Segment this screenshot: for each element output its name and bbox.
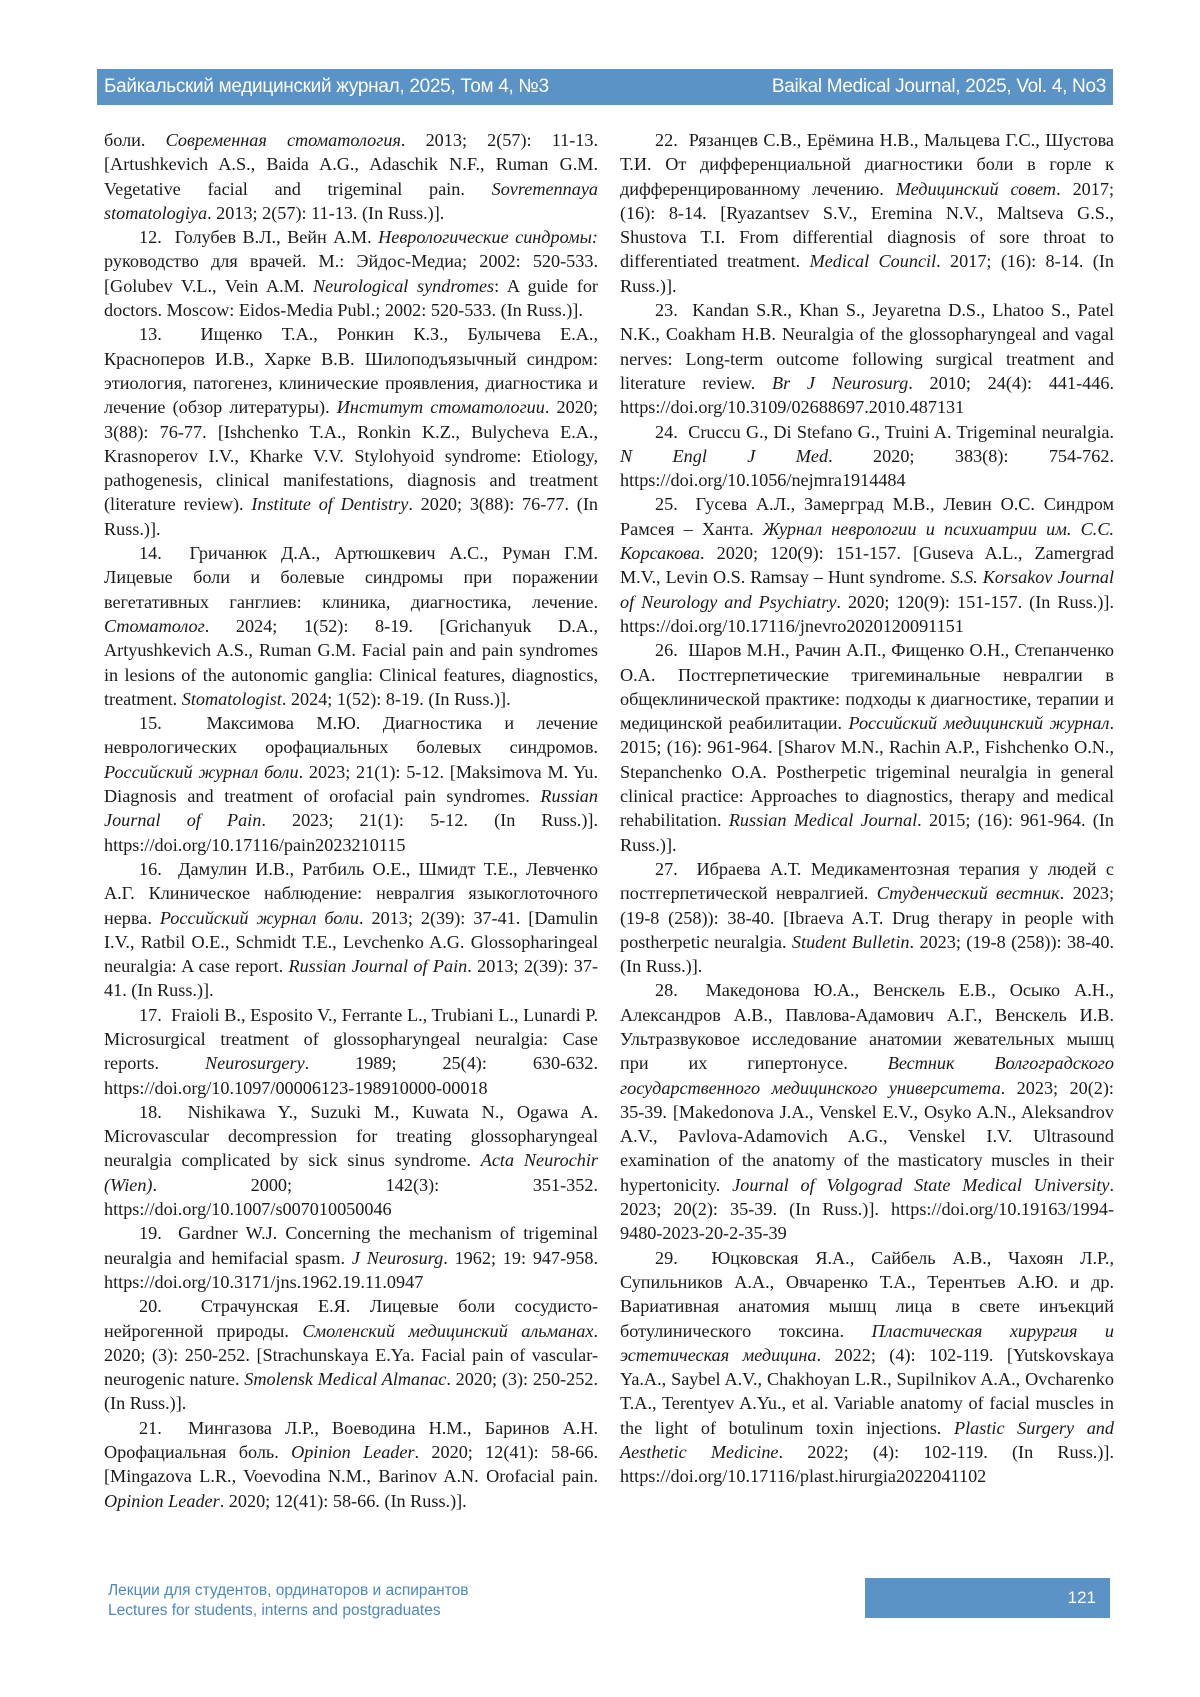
- reference-number: 17.: [139, 1005, 162, 1025]
- reference-journal-en: Journal of Volgograd State Medical Unive…: [732, 1175, 1109, 1195]
- header-title-en: Baikal Medical Journal, 2025, Vol. 4, No…: [772, 76, 1106, 98]
- reference-journal: Neurosurgery: [205, 1053, 305, 1073]
- reference-item: 19. Gardner W.J. Concerning the mechanis…: [104, 1221, 598, 1294]
- reference-tail: . 2013; 2(57): 11-13. (In Russ.)].: [207, 203, 444, 223]
- reference-number: 22.: [655, 130, 678, 150]
- reference-number: 23.: [655, 300, 678, 320]
- reference-number: 24.: [655, 422, 678, 442]
- references-column-left: боли. Современная стоматология. 2013; 2(…: [104, 128, 598, 1513]
- reference-item: 25. Гусева А.Л., Замерград М.В., Левин О…: [620, 492, 1114, 638]
- reference-authors-title: Голубев В.Л., Вейн А.М.: [175, 227, 378, 247]
- reference-journal-en: Smolensk Medical Almanac: [244, 1369, 446, 1389]
- reference-journal: Неврологические синдромы:: [378, 227, 598, 247]
- reference-number: 28.: [655, 980, 678, 1000]
- reference-journal-en: Medical Council: [810, 251, 937, 271]
- reference-journal: Br J Neurosurg: [772, 373, 908, 393]
- reference-details: . 2000; 142(3): 351-352. https://doi.org…: [104, 1175, 598, 1219]
- reference-number: 19.: [139, 1223, 162, 1243]
- header-title-ru: Байкальский медицинский журнал, 2025, То…: [104, 76, 549, 98]
- reference-item: 27. Ибраева А.Т. Медикаментозная терапия…: [620, 857, 1114, 978]
- reference-item: 18. Nishikawa Y., Suzuki M., Kuwata N., …: [104, 1100, 598, 1221]
- reference-journal: Институт стоматологии: [337, 397, 545, 417]
- reference-number: 27.: [655, 859, 678, 879]
- running-header: Байкальский медицинский журнал, 2025, То…: [97, 69, 1113, 105]
- reference-item: боли. Современная стоматология. 2013; 2(…: [104, 128, 598, 225]
- reference-number: 20.: [139, 1296, 162, 1316]
- reference-journal-en: Institute of Dentistry: [251, 494, 408, 514]
- reference-item: 20. Страчунская Е.Я. Лицевые боли сосуди…: [104, 1294, 598, 1415]
- reference-number: 21.: [139, 1418, 162, 1438]
- reference-number: 25.: [655, 494, 678, 514]
- reference-journal-en: Opinion Leader: [104, 1491, 220, 1511]
- reference-journal: N Engl J Med: [620, 446, 828, 466]
- reference-journal: Российский журнал боли: [104, 762, 299, 782]
- reference-number: 14.: [139, 543, 162, 563]
- reference-item: 16. Дамулин И.В., Ратбиль О.Е., Шмидт Т.…: [104, 857, 598, 1003]
- reference-number: 16.: [139, 859, 162, 879]
- reference-journal: Opinion Leader: [291, 1442, 414, 1462]
- reference-authors-title: Гричанюк Д.А., Артюшкевич А.С., Руман Г.…: [104, 543, 598, 612]
- reference-journal-en: Student Bulletin: [792, 932, 910, 952]
- reference-number: 29.: [655, 1248, 678, 1268]
- reference-authors-title: Cruccu G., Di Stefano G., Truini A. Trig…: [688, 422, 1114, 442]
- reference-item: 23. Kandan S.R., Khan S., Jeyaretna D.S.…: [620, 298, 1114, 419]
- reference-journal: Медицинский совет: [896, 179, 1056, 199]
- reference-authors-title: боли.: [104, 130, 166, 150]
- reference-item: 13. Ищенко Т.А., Ронкин К.З., Булычева Е…: [104, 322, 598, 541]
- reference-journal: J Neurosurg: [352, 1248, 443, 1268]
- reference-item: 21. Мингазова Л.Р., Воеводина Н.М., Бари…: [104, 1416, 598, 1513]
- reference-journal: Современная стоматология: [166, 130, 401, 150]
- reference-tail: . 2020; 12(41): 58-66. (In Russ.)].: [220, 1491, 467, 1511]
- reference-journal: Российский журнал боли: [160, 908, 359, 928]
- reference-item: 22. Рязанцев С.В., Ерёмина Н.В., Мальцев…: [620, 128, 1114, 298]
- reference-journal-en: Russian Journal of Pain: [289, 956, 468, 976]
- page-number-box: 121: [865, 1578, 1110, 1618]
- footer-section-ru: Лекции для студентов, ординаторов и аспи…: [108, 1581, 468, 1601]
- reference-number: 18.: [139, 1102, 162, 1122]
- reference-number: 26.: [655, 640, 678, 660]
- reference-item: 24. Cruccu G., Di Stefano G., Truini A. …: [620, 420, 1114, 493]
- reference-journal: Студенческий вестник: [877, 883, 1060, 903]
- reference-number: 15.: [139, 713, 162, 733]
- reference-item: 29. Юцковская Я.А., Сайбель А.В., Чахоян…: [620, 1246, 1114, 1489]
- reference-item: 15. Максимова М.Ю. Диагностика и лечение…: [104, 711, 598, 857]
- reference-item: 28. Македонова Ю.А., Венскель Е.В., Осык…: [620, 978, 1114, 1245]
- page-number: 121: [1068, 1588, 1096, 1608]
- reference-item: 26. Шаров М.Н., Рачин А.П., Фищенко О.Н.…: [620, 638, 1114, 857]
- reference-journal: Смоленский медицинский альманах: [302, 1321, 593, 1341]
- section-footer: Лекции для студентов, ординаторов и аспи…: [108, 1581, 468, 1621]
- reference-authors-title: Максимова М.Ю. Диагностика и лечение нев…: [104, 713, 598, 757]
- reference-journal: Российский медицинский журнал: [849, 713, 1110, 733]
- reference-item: 17. Fraioli B., Esposito V., Ferrante L.…: [104, 1003, 598, 1100]
- references-column-right: 22. Рязанцев С.В., Ерёмина Н.В., Мальцев…: [620, 128, 1114, 1489]
- reference-number: 12.: [139, 227, 162, 247]
- reference-journal: Стоматолог: [104, 616, 205, 636]
- reference-journal-en: Stomatologist: [182, 689, 282, 709]
- reference-item: 12. Голубев В.Л., Вейн А.М. Неврологичес…: [104, 225, 598, 322]
- reference-journal-en: Neurological syndromes: [313, 276, 494, 296]
- reference-tail: . 2024; 1(52): 8-19. (In Russ.)].: [282, 689, 511, 709]
- reference-journal-en: Russian Medical Journal: [729, 810, 917, 830]
- reference-number: 13.: [139, 324, 162, 344]
- reference-item: 14. Гричанюк Д.А., Артюшкевич А.С., Рума…: [104, 541, 598, 711]
- footer-section-en: Lectures for students, interns and postg…: [108, 1601, 468, 1621]
